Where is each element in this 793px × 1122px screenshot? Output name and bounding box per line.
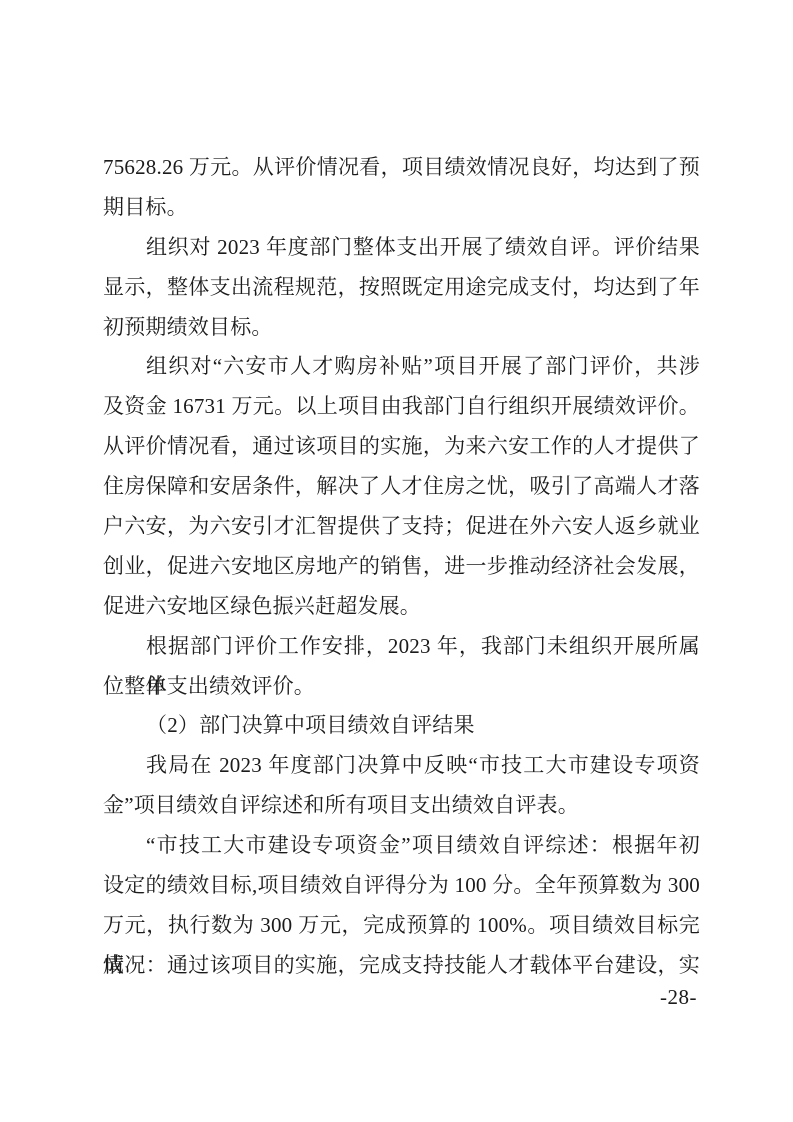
text-line: 期目标。 [103,188,700,228]
text-line: 组织对“六安市人才购房补贴”项目开展了部门评价，共涉 [103,347,700,387]
text-line: 从评价情况看，通过该项目的实施，为来六安工作的人才提供了 [103,427,700,467]
text-line: 促进六安地区绿色振兴赶超发展。 [103,587,700,627]
paragraph: 我局在 2023 年度部门决算中反映“市技工大市建设专项资金”项目绩效自评综述和… [103,746,700,826]
text-line: 金”项目绩效自评综述和所有项目支出绩效自评表。 [103,786,700,826]
text-line: 情况：通过该项目的实施，完成支持技能人才载体平台建设，实 [103,946,700,986]
text-line: 位整体支出绩效评价。 [103,667,700,707]
text-line: “市技工大市建设专项资金”项目绩效自评综述：根据年初 [103,826,700,866]
text-line: 万元，执行数为 300 万元，完成预算的 100%。项目绩效目标完成 [103,906,700,946]
paragraph: 组织对 2023 年度部门整体支出开展了绩效自评。评价结果显示，整体支出流程规范… [103,228,700,348]
paragraph: 75628.26 万元。从评价情况看，项目绩效情况良好，均达到了预期目标。 [103,148,700,228]
text-line: 创业，促进六安地区房地产的销售，进一步推动经济社会发展， [103,547,700,587]
text-line: 设定的绩效目标,项目绩效自评得分为 100 分。全年预算数为 300 [103,866,700,906]
text-line: 显示，整体支出流程规范，按照既定用途完成支付，均达到了年 [103,268,700,308]
text-line: 及资金 16731 万元。以上项目由我部门自行组织开展绩效评价。 [103,387,700,427]
text-line: 根据部门评价工作安排，2023 年，我部门未组织开展所属单 [103,627,700,667]
paragraph: “市技工大市建设专项资金”项目绩效自评综述：根据年初设定的绩效目标,项目绩效自评… [103,826,700,986]
paragraph: 组织对“六安市人才购房补贴”项目开展了部门评价，共涉及资金 16731 万元。以… [103,347,700,626]
page-number: -28- [660,982,697,1012]
paragraph: （2）部门决算中项目绩效自评结果 [103,706,700,746]
text-line: 我局在 2023 年度部门决算中反映“市技工大市建设专项资 [103,746,700,786]
text-line: 组织对 2023 年度部门整体支出开展了绩效自评。评价结果 [103,228,700,268]
text-line: 住房保障和安居条件，解决了人才住房之忧，吸引了高端人才落 [103,467,700,507]
document-page: 75628.26 万元。从评价情况看，项目绩效情况良好，均达到了预期目标。组织对… [0,0,793,1122]
paragraph: 根据部门评价工作安排，2023 年，我部门未组织开展所属单位整体支出绩效评价。 [103,627,700,707]
text-line: 初预期绩效目标。 [103,308,700,348]
text-line: 户六安，为六安引才汇智提供了支持；促进在外六安人返乡就业 [103,507,700,547]
document-text: 75628.26 万元。从评价情况看，项目绩效情况良好，均达到了预期目标。组织对… [103,148,700,986]
text-line: （2）部门决算中项目绩效自评结果 [103,706,700,746]
text-line: 75628.26 万元。从评价情况看，项目绩效情况良好，均达到了预 [103,148,700,188]
